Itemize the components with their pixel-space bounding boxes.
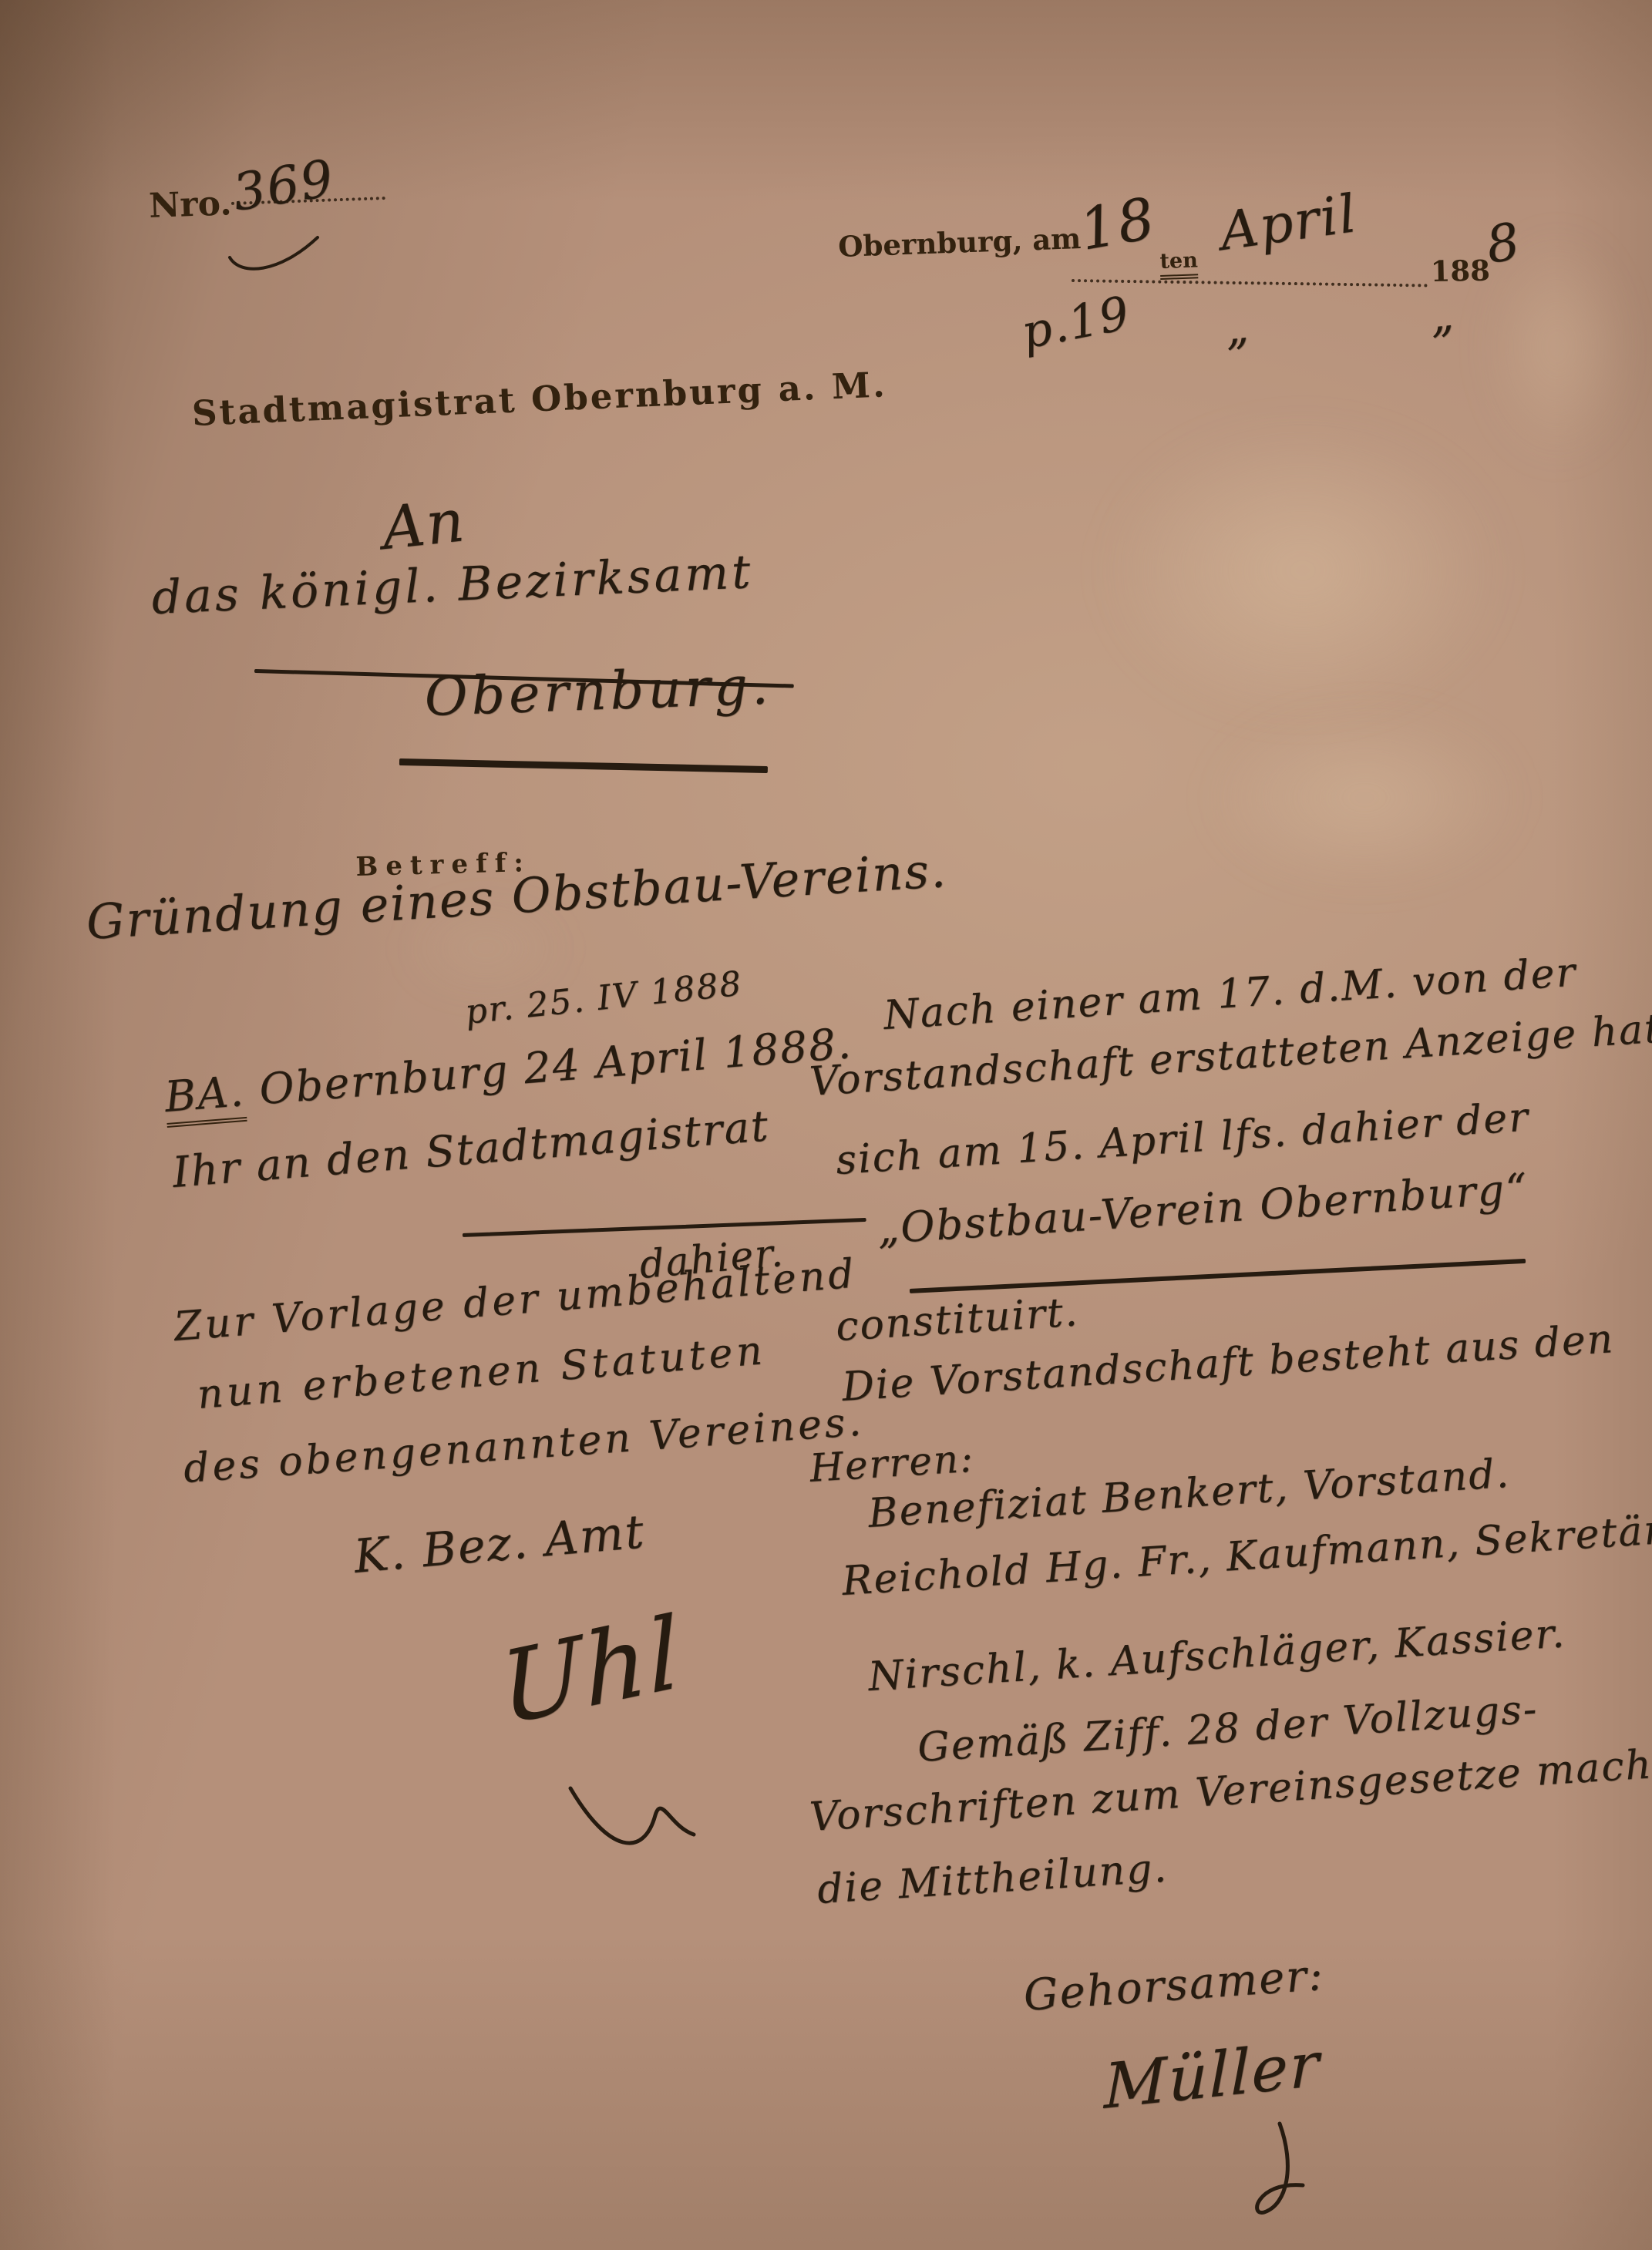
date-dotted-rule bbox=[1072, 279, 1428, 287]
address-underline-thick bbox=[399, 758, 768, 773]
margin-underline bbox=[463, 1218, 866, 1237]
address-line2: das königl. Bezirksamt bbox=[150, 549, 754, 621]
date-year-digit-handwritten: 8 bbox=[1483, 216, 1525, 271]
document-number-label: Nro. bbox=[148, 187, 232, 224]
margin-note-line3: des obengenannten Vereines. bbox=[182, 1401, 865, 1489]
margin-reply-line2: Ihr an den Stadtmagistrat bbox=[171, 1105, 771, 1194]
document-number-value: 369 bbox=[230, 153, 338, 219]
closing-signature: Müller bbox=[1104, 2033, 1321, 2118]
ditto-mark: „ bbox=[1428, 292, 1457, 339]
paper-bleed-patch bbox=[1141, 671, 1588, 925]
body-line: Herren: bbox=[809, 1439, 975, 1488]
body-line: sich am 15. April lfs. dahier der bbox=[835, 1098, 1531, 1181]
margin-paraph-signature: Uhl bbox=[498, 1603, 684, 1740]
date-day-handwritten: 18 bbox=[1075, 190, 1160, 259]
paraph-flourish bbox=[540, 1781, 709, 1873]
date-place-printed: Obernburg, am bbox=[838, 224, 1082, 261]
received-note: p.19 bbox=[1018, 290, 1135, 356]
date-day-suffix: ten bbox=[1159, 250, 1198, 272]
date-day-suffix-text: ten bbox=[1159, 248, 1199, 280]
paper-bleed-patch bbox=[1025, 362, 1580, 779]
letter-page: Nro. 369 Obernburg, am 18 ten April 188 … bbox=[0, 0, 1652, 2250]
margin-reply-abbr: BA. bbox=[163, 1066, 247, 1128]
closing-valediction: Gehorsamer: bbox=[1022, 1954, 1325, 2018]
body-line-verein-name: „Obstbau-Verein Obernburg“ bbox=[876, 1168, 1530, 1250]
ditto-mark: „ bbox=[1223, 304, 1252, 351]
address-line3: Obernburg. bbox=[424, 660, 773, 725]
body-line: constituirt. bbox=[835, 1292, 1080, 1347]
signature-flourish bbox=[1233, 2120, 1418, 2235]
margin-reply-head-text: Obernburg 24 April 1888. bbox=[257, 1018, 854, 1114]
letterhead-title: Stadtmagistrat Obernburg a. M. bbox=[191, 367, 887, 431]
number-flourish bbox=[225, 231, 341, 277]
address-salutation: An bbox=[379, 491, 468, 558]
date-year-printed: 188 bbox=[1430, 257, 1490, 286]
verein-name-underline bbox=[910, 1259, 1526, 1293]
date-month-handwritten: April bbox=[1217, 188, 1361, 259]
body-line: Nirschl, k. Aufschläger, Kassier. bbox=[867, 1613, 1567, 1697]
margin-presented-note: pr. 25. IV 1888 bbox=[463, 967, 744, 1030]
body-line: die Mittheilung. bbox=[816, 1848, 1169, 1910]
margin-office-line: K. Bez. Amt bbox=[352, 1508, 647, 1580]
margin-note-line2: nun erbetenen Statuten bbox=[196, 1330, 768, 1415]
